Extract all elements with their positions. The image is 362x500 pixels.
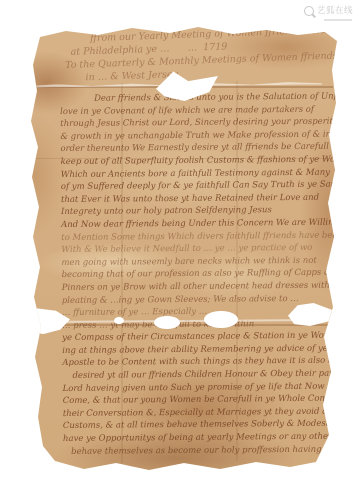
photo-background: 艺狐在线 ffrom our Yearly Meeting of Women f…	[0, 0, 362, 500]
watermark-text: 艺狐在线	[317, 7, 353, 16]
watermark: 艺狐在线	[304, 6, 353, 16]
epistle-header: ffrom our Yearly Meeting of Women ffrien…	[64, 24, 328, 85]
manuscript-line: behave themselves as become our holy pro…	[63, 443, 362, 458]
magnifier-icon	[304, 6, 314, 16]
epistle-body: Dear ffriends & Sisters unto you is the …	[60, 90, 362, 458]
worm-hole	[114, 317, 124, 324]
torn-gap	[154, 316, 180, 329]
manuscript-paper: ffrom our Yearly Meeting of Women ffrien…	[28, 25, 339, 475]
